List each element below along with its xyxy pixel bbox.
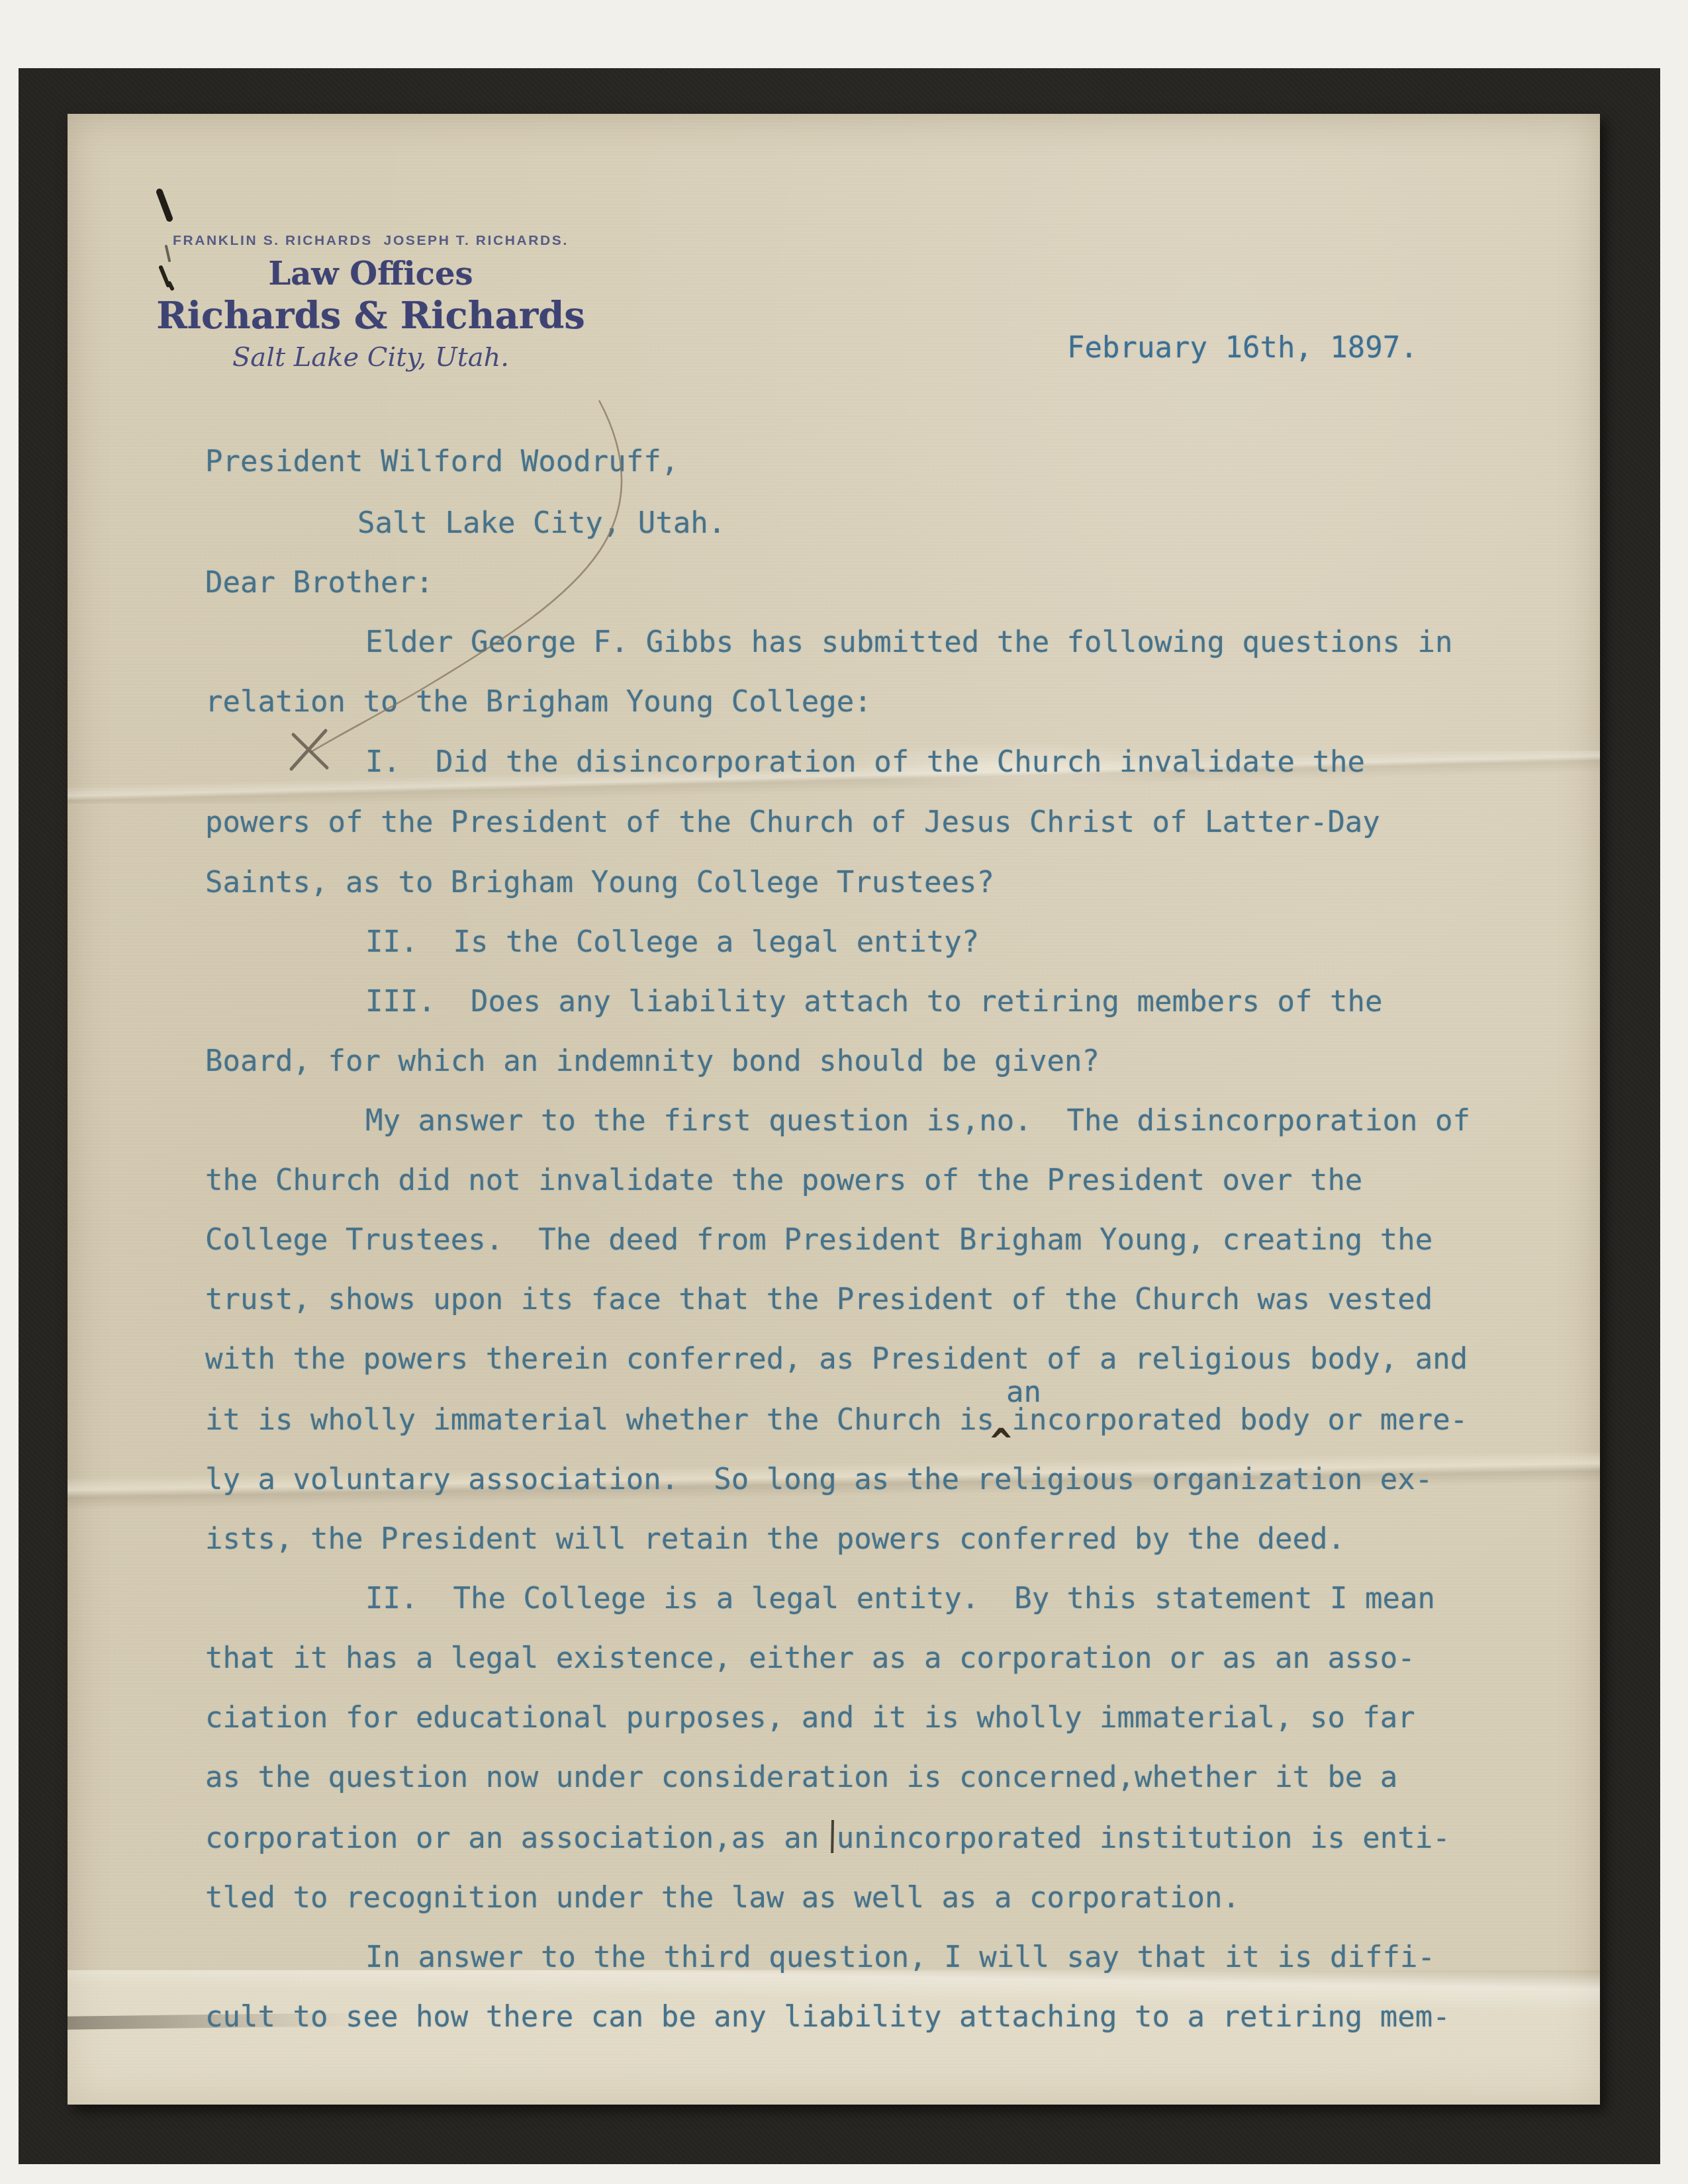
typed-line: III. Does any liability attach to retiri… [365,985,1382,1020]
typed-line: College Trustees. The deed from Presiden… [205,1223,1432,1258]
typed-line: tled to recognition under the law as wel… [205,1881,1240,1916]
letterhead-firm-name: Richards & Richards [119,294,622,338]
scanned-letter-page: FRANKLIN S. RICHARDS JOSEPH T. RICHARDS.… [0,0,1688,2184]
letterhead-office-line: Law Offices [119,255,622,293]
typed-line: relation to the Brigham Young College: [205,685,872,720]
typed-line: with the powers therein conferred, as Pr… [205,1342,1468,1377]
salutation: Dear Brother: [205,566,433,601]
recipient-name-line: President Wilford Woodruff, [205,445,679,480]
typed-line: that it has a legal existence, either as… [205,1641,1415,1676]
typed-line: In answer to the third question, I will … [365,1940,1435,1976]
typed-line: it is wholly immaterial whether the Chur… [205,1403,1468,1438]
recipient-city-line: Salt Lake City, Utah. [357,506,726,541]
typed-line: trust, shows upon its face that the Pres… [205,1283,1432,1318]
typed-line: Board, for which an indemnity bond shoul… [205,1044,1100,1079]
typed-line: My answer to the first question is,no. T… [365,1104,1470,1139]
typed-line: the Church did not invalidate the powers… [205,1163,1362,1199]
insertion-caret-mark: ^ [990,1420,1012,1462]
typed-line: powers of the President of the Church of… [205,805,1380,841]
letterhead-city-line: Salt Lake City, Utah. [119,342,622,373]
typed-line: as the question now under consideration … [205,1760,1397,1796]
typed-line: II. Is the College a legal entity? [365,925,979,960]
fold-crease-lower [68,1970,1600,2105]
typed-line: II. The College is a legal entity. By th… [365,1582,1435,1617]
letter-date: February 16th, 1897. [1067,331,1418,366]
letterhead-partner-names: FRANKLIN S. RICHARDS JOSEPH T. RICHARDS. [119,233,622,249]
typed-line: ly a voluntary association. So long as t… [205,1463,1432,1498]
typed-line: I. Did the disincorporation of the Churc… [365,745,1365,780]
typed-line: corporation or an association,as an unin… [205,1821,1450,1856]
typed-line: ciation for educational purposes, and it… [205,1701,1415,1736]
typed-line: ists, the President will retain the powe… [205,1522,1345,1557]
typed-line: Elder George F. Gibbs has submitted the … [365,625,1452,660]
typed-line: Saints, as to Brigham Young College Trus… [205,866,994,901]
typed-line: cult to see how there can be any liabili… [205,2000,1450,2035]
letterhead: FRANKLIN S. RICHARDS JOSEPH T. RICHARDS.… [119,233,622,373]
